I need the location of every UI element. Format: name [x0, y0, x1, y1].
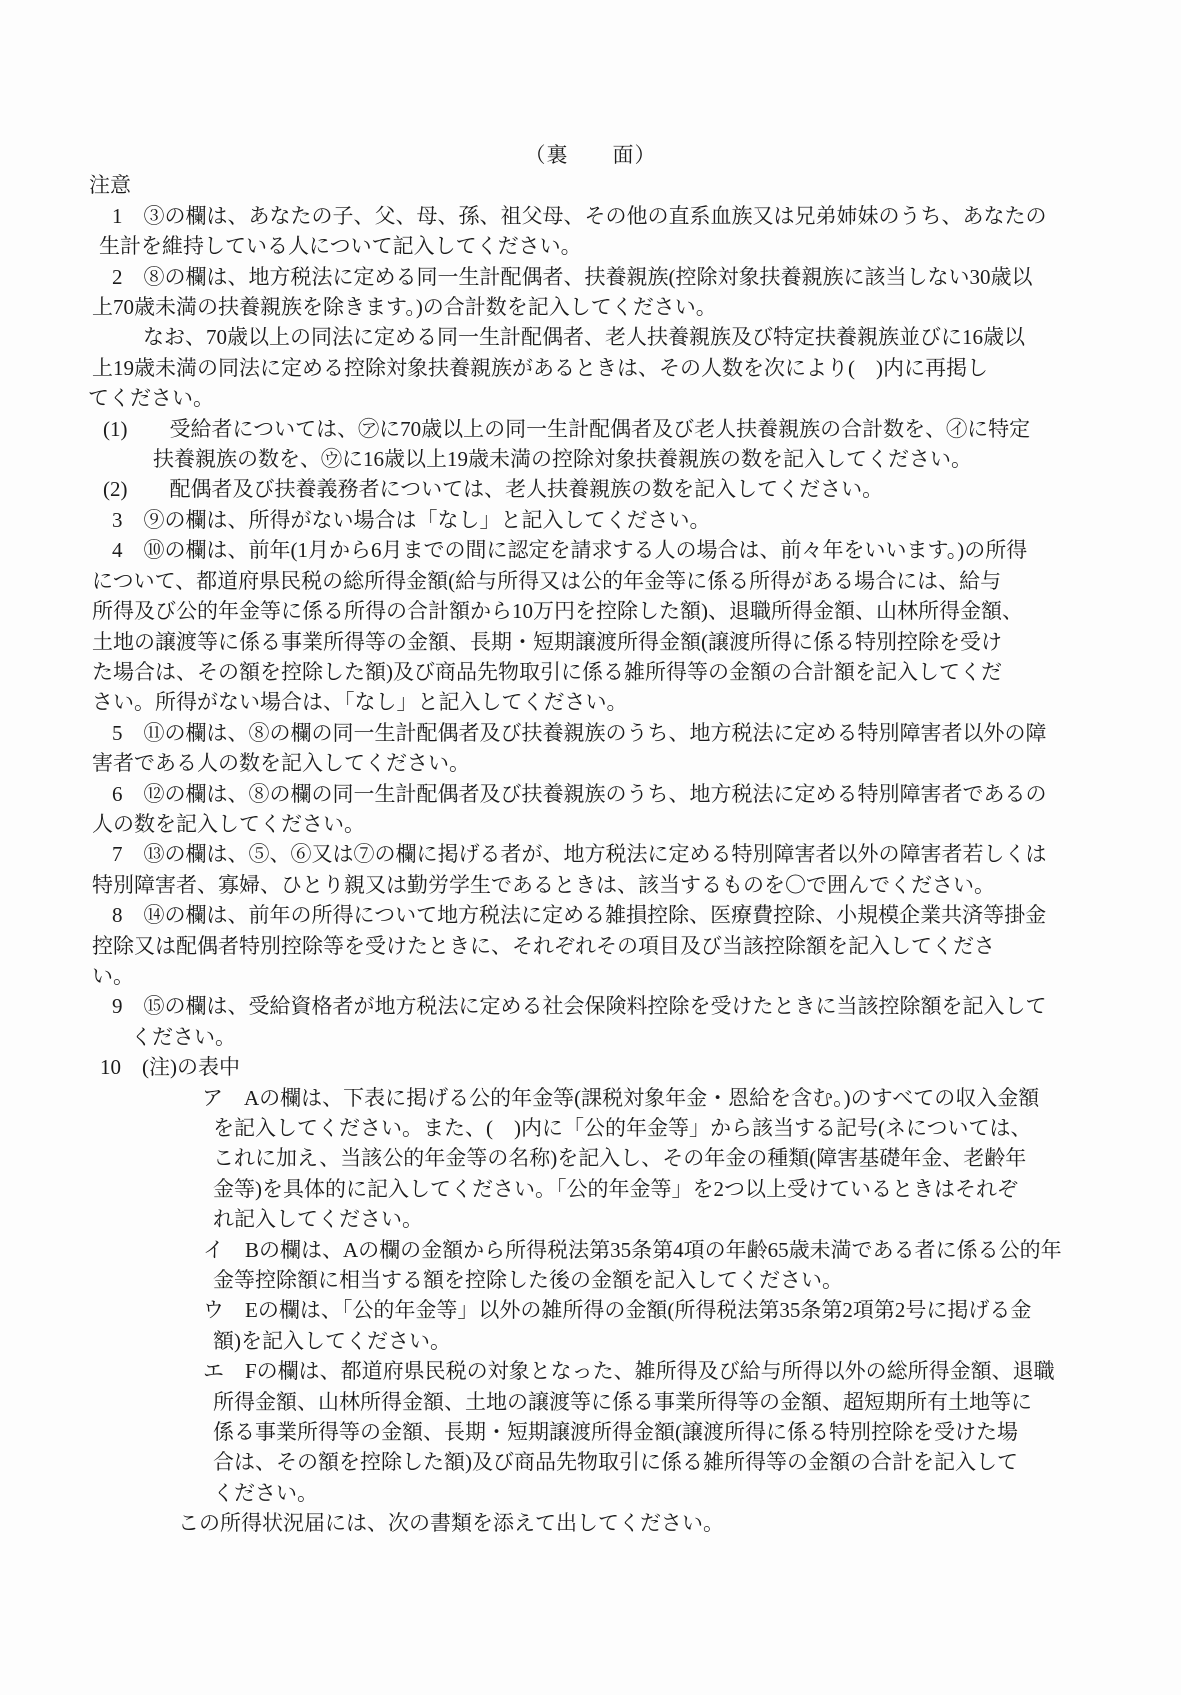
document-line-9: 扶養親族の数を、㋒に16歳以上19歳未満の控除対象扶養親族の数を記入してください…: [0, 444, 1181, 474]
document-line-33: 金等)を具体的に記入してください。「公的年金等」を2つ以上受けているときはそれぞ: [0, 1174, 1181, 1204]
document-line-32: これに加え、当該公的年金等の名称)を記入し、その年金の種類(障害基礎年金、老齢年: [0, 1143, 1181, 1173]
document-page: （裏 面） 注意 1 ③の欄は、あなたの子、父、母、孫、祖父母、その他の直系血族…: [0, 0, 1181, 1695]
document-line-5: なお、70歳以上の同法に定める同一生計配偶者、老人扶養親族及び特定扶養親族並びに…: [0, 322, 1181, 352]
document-line-1: 1 ③の欄は、あなたの子、父、母、孫、祖父母、その他の直系血族又は兄弟姉妹のうち…: [0, 201, 1181, 231]
document-line-43: ください。: [0, 1478, 1181, 1508]
document-line-25: 控除又は配偶者特別控除等を受けたときに、それぞれその項目及び当該控除額を記入して…: [0, 931, 1181, 961]
document-line-26: い。: [0, 961, 1181, 991]
document-line-15: 土地の譲渡等に係る事業所得等の金額、長期・短期譲渡所得金額(譲渡所得に係る特別控…: [0, 627, 1181, 657]
document-line-11: 3 ⑨の欄は、所得がない場合は「なし」と記入してください。: [0, 505, 1181, 535]
document-line-14: 所得及び公的年金等に係る所得の合計額から10万円を控除した額)、退職所得金額、山…: [0, 596, 1181, 626]
document-line-34: れ記入してください。: [0, 1204, 1181, 1234]
document-line-22: 7 ⑬の欄は、⑤、⑥又は⑦の欄に掲げる者が、地方税法に定める特別障害者以外の障害…: [0, 839, 1181, 869]
document-line-28: ください。: [0, 1022, 1181, 1052]
document-line-30: ア Aの欄は、下表に掲げる公的年金等(課税対象年金・恩給を含む。)のすべての収入…: [0, 1083, 1181, 1113]
document-line-27: 9 ⑮の欄は、受給資格者が地方税法に定める社会保険料控除を受けたときに当該控除額…: [0, 991, 1181, 1021]
document-line-12: 4 ⑩の欄は、前年(1月から6月までの間に認定を請求する人の場合は、前々年をいい…: [0, 535, 1181, 565]
document-line-8: (1) 受給者については、㋐に70歳以上の同一生計配偶者及び老人扶養親族の合計数…: [0, 414, 1181, 444]
document-line-36: 金等控除額に相当する額を控除した後の金額を記入してください。: [0, 1265, 1181, 1295]
document-line-23: 特別障害者、寡婦、ひとり親又は勤労学生であるときは、該当するものを〇で囲んでくだ…: [0, 870, 1181, 900]
document-line-39: エ Fの欄は、都道府県民税の対象となった、雑所得及び給与所得以外の総所得金額、退…: [0, 1356, 1181, 1386]
document-line-38: 額)を記入してください。: [0, 1326, 1181, 1356]
document-line-17: さい。所得がない場合は、「なし」と記入してください。: [0, 687, 1181, 717]
document-line-42: 合は、その額を控除した額)及び商品先物取引に係る雑所得等の金額の合計を記入して: [0, 1447, 1181, 1477]
document-line-44: この所得状況届には、次の書類を添えて出してください。: [0, 1508, 1181, 1538]
document-line-2: 生計を維持している人について記入してください。: [0, 231, 1181, 261]
notice-body: 1 ③の欄は、あなたの子、父、母、孫、祖父母、その他の直系血族又は兄弟姉妹のうち…: [0, 201, 1181, 1539]
document-line-21: 人の数を記入してください。: [0, 809, 1181, 839]
document-line-40: 所得金額、山林所得金額、土地の譲渡等に係る事業所得等の金額、超短期所有土地等に: [0, 1387, 1181, 1417]
document-line-20: 6 ⑫の欄は、⑧の欄の同一生計配偶者及び扶養親族のうち、地方税法に定める特別障害…: [0, 779, 1181, 809]
document-line-29: 10 (注)の表中: [0, 1052, 1181, 1082]
document-line-31: を記入してください。また、( )内に「公的年金等」から該当する記号(ネについては…: [0, 1113, 1181, 1143]
document-line-3: 2 ⑧の欄は、地方税法に定める同一生計配偶者、扶養親族(控除対象扶養親族に該当し…: [0, 262, 1181, 292]
page-title: （裏 面）: [0, 140, 1181, 170]
document-line-24: 8 ⑭の欄は、前年の所得について地方税法に定める雑損控除、医療費控除、小規模企業…: [0, 900, 1181, 930]
document-line-18: 5 ⑪の欄は、⑧の欄の同一生計配偶者及び扶養親族のうち、地方税法に定める特別障害…: [0, 718, 1181, 748]
notice-heading: 注意: [0, 170, 1181, 200]
document-line-37: ウ Eの欄は、「公的年金等」以外の雑所得の金額(所得税法第35条第2項第2号に掲…: [0, 1295, 1181, 1325]
document-line-35: イ Bの欄は、Aの欄の金額から所得税法第35条第4項の年齢65歳未満である者に係…: [0, 1235, 1181, 1265]
document-line-13: について、都道府県民税の総所得金額(給与所得又は公的年金等に係る所得がある場合に…: [0, 566, 1181, 596]
document-line-19: 害者である人の数を記入してください。: [0, 748, 1181, 778]
document-line-41: 係る事業所得等の金額、長期・短期譲渡所得金額(譲渡所得に係る特別控除を受けた場: [0, 1417, 1181, 1447]
document-line-7: てください。: [0, 383, 1181, 413]
document-line-4: 上70歳未満の扶養親族を除きます。)の合計数を記入してください。: [0, 292, 1181, 322]
document-line-6: 上19歳未満の同法に定める控除対象扶養親族があるときは、その人数を次により( )…: [0, 353, 1181, 383]
document-line-16: た場合は、その額を控除した額)及び商品先物取引に係る雑所得等の金額の合計額を記入…: [0, 657, 1181, 687]
document-line-10: (2) 配偶者及び扶養義務者については、老人扶養親族の数を記入してください。: [0, 474, 1181, 504]
